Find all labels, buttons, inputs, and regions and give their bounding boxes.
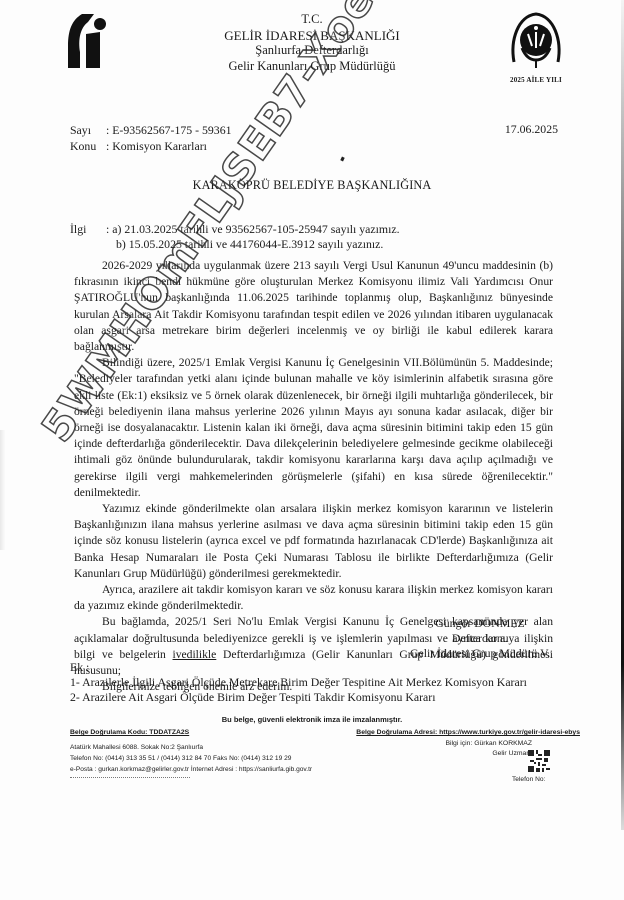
paragraph-5-underlined: ivedilikle — [173, 648, 217, 661]
reference-block: İlgi: a) 21.03.2025 tarihli ve 93562567-… — [70, 222, 400, 252]
sayi-value: : E-93562567-175 - 59361 — [106, 122, 232, 138]
ilgi-label: İlgi — [70, 222, 106, 237]
contact-info: Atatürk Mahallesi 6088. Sokak No:2 Şanlı… — [70, 742, 312, 775]
sayi-label: Sayı — [70, 122, 106, 138]
reference-b: b) 15.05.2025 tarihli ve 44176044-E.3912… — [70, 237, 400, 252]
document-meta: Sayı: E-93562567-175 - 59361 Konu: Komis… — [70, 122, 232, 154]
konu-label: Konu — [70, 138, 106, 154]
document-date: 17.06.2025 — [505, 122, 558, 137]
konu-value: : Komisyon Kararları — [106, 138, 207, 154]
faded-kep-line — [70, 777, 190, 781]
qr-code-icon — [528, 750, 550, 772]
attachments: Ek : 1- Arazilerle İlgili Asgari Ölçüde … — [70, 660, 527, 705]
email-web: e-Posta : gurkan.korkmaz@gelirler.gov.tr… — [70, 764, 312, 775]
attachment-item: 1- Arazilerle İlgili Asgari Ölçüde Metre… — [70, 675, 527, 690]
paragraph-3: Yazımız ekinde gönderilmekte olan arsala… — [74, 501, 553, 582]
scan-speck — [340, 157, 344, 162]
esign-note: Bu belge, güvenli elektronik imza ile im… — [0, 715, 624, 724]
verification-address-link[interactable]: Belge Doğrulama Adresi: https://www.turk… — [356, 729, 580, 736]
family-year-emblem: 2025 AİLE YILI — [500, 10, 572, 84]
info-contact-name: Bilgi için: Gürkan KORKMAZ — [446, 739, 533, 749]
addressee: KARAKÖPRÜ BELEDİYE BAŞKANLIĞINA — [0, 178, 624, 193]
paragraph-4: Ayrıca, arazilere ait takdir komisyon ka… — [74, 582, 553, 614]
info-contact: Bilgi için: Gürkan KORKMAZ Gelir Uzmanı — [446, 739, 533, 759]
verification-code: Belge Doğrulama Kodu: TDDATZA2S — [70, 729, 189, 736]
attachments-label: Ek : — [70, 660, 527, 675]
family-year-label: 2025 AİLE YILI — [500, 76, 572, 84]
family-year-emblem-icon — [508, 10, 564, 72]
signature-block: Güngör DÖNMEZ Defterdar a. Gelir İdaresi… — [380, 616, 580, 661]
phone-fax: Telefon No: (0414) 313 35 51 / (0414) 31… — [70, 753, 312, 764]
attachment-item: 2- Arazilere Ait Asgari Ölçüde Birim Değ… — [70, 690, 527, 705]
paragraph-2: Bilindiği üzere, 2025/1 Emlak Vergisi Ka… — [74, 355, 553, 501]
info-contact-phone: Telefon No: — [512, 776, 545, 783]
info-contact-title: Gelir Uzmanı — [446, 749, 533, 759]
reference-a: : a) 21.03.2025 tarihli ve 93562567-105-… — [106, 222, 400, 237]
document-page: T.C. GELİR İDARESİ BAŞKANLIĞI Şanlıurfa … — [0, 0, 624, 900]
signer-title-1: Defterdar a. — [380, 631, 580, 646]
signer-title-2: Gelir İdaresi Grup Müdürü V. — [380, 646, 580, 661]
postal-address: Atatürk Mahallesi 6088. Sokak No:2 Şanlı… — [70, 742, 312, 753]
signer-name: Güngör DÖNMEZ — [380, 616, 580, 631]
scan-shadow — [0, 430, 6, 550]
